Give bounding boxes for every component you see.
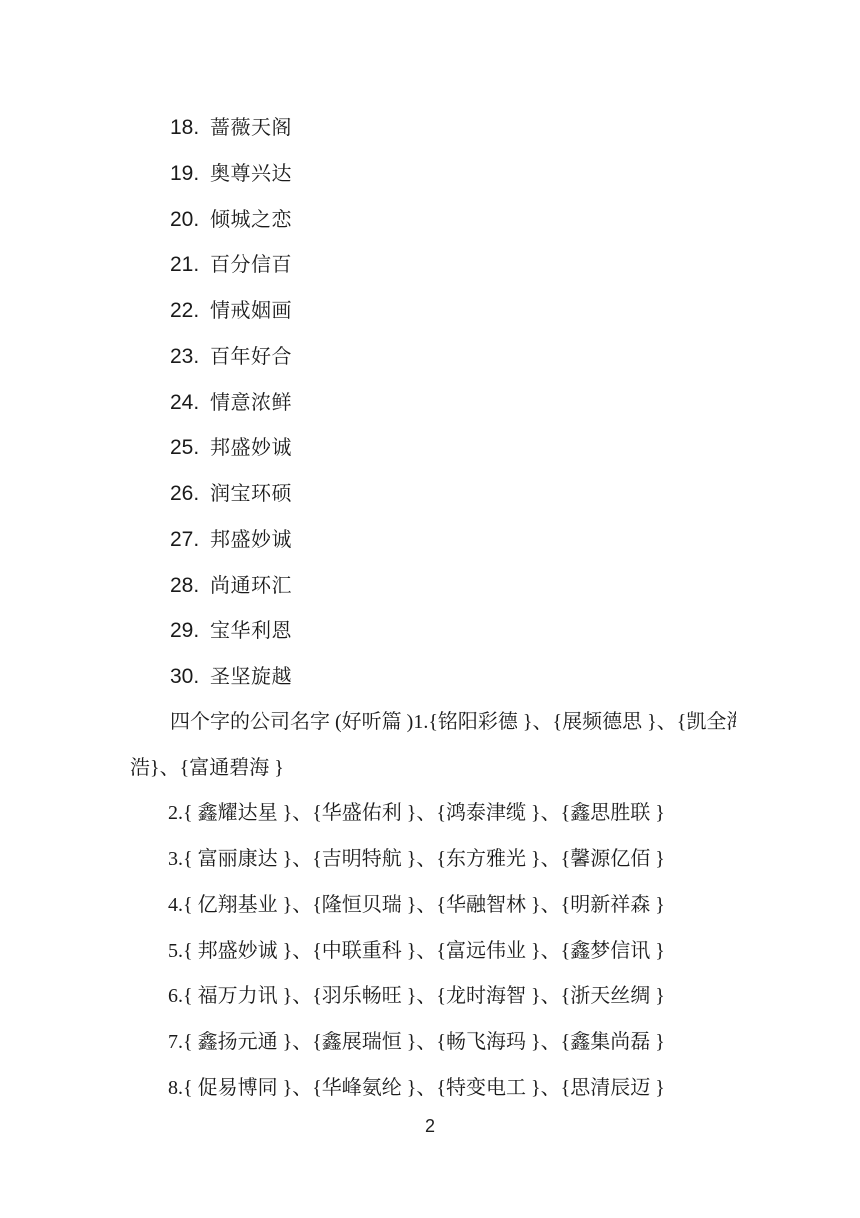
item-name: 情戒姻画 — [210, 300, 292, 322]
document-page: 18.蔷薇天阁 19.奥尊兴达 20.倾城之恋 21.百分信百 22.情戒姻画 … — [0, 0, 860, 1218]
item-name: 圣坚旋越 — [210, 666, 292, 688]
item-name: 邦盛妙诚 — [210, 529, 292, 551]
item-number: 25. — [170, 425, 210, 471]
page-number: 2 — [0, 1110, 860, 1142]
item-number: 18. — [170, 105, 210, 151]
list-item: 29.宝华利恩 — [130, 608, 736, 654]
item-name: 百年好合 — [210, 346, 292, 368]
item-number: 20. — [170, 197, 210, 243]
item-name: 尚通环汇 — [210, 575, 292, 597]
list-item: 27.邦盛妙诚 — [130, 517, 736, 563]
list-item: 19.奥尊兴达 — [130, 151, 736, 197]
item-name: 蔷薇天阁 — [210, 117, 292, 139]
item-number: 28. — [170, 563, 210, 609]
grouped-list-item: 6.{ 福万力讯 }、{羽乐畅旺 }、{龙时海智 }、{浙天丝绸 } — [130, 974, 736, 1020]
list-item: 21.百分信百 — [130, 242, 736, 288]
item-name: 奥尊兴达 — [210, 163, 292, 185]
item-number: 21. — [170, 242, 210, 288]
item-name: 情意浓鲜 — [210, 392, 292, 414]
item-name: 倾城之恋 — [210, 209, 292, 231]
item-number: 29. — [170, 608, 210, 654]
list-item: 22.情戒姻画 — [130, 288, 736, 334]
grouped-list-item: 2.{ 鑫耀达星 }、{华盛佑利 }、{鸿泰津缆 }、{鑫思胜联 } — [130, 791, 736, 837]
list-item: 28.尚通环汇 — [130, 563, 736, 609]
list-item: 30.圣坚旋越 — [130, 654, 736, 700]
item-number: 26. — [170, 471, 210, 517]
list-item: 20.倾城之恋 — [130, 197, 736, 243]
item-name: 百分信百 — [210, 254, 292, 276]
grouped-list-item: 3.{ 富丽康达 }、{吉明特航 }、{东方雅光 }、{馨源亿佰 } — [130, 837, 736, 883]
item-name: 邦盛妙诚 — [210, 437, 292, 459]
item-number: 23. — [170, 334, 210, 380]
list-item: 23.百年好合 — [130, 334, 736, 380]
grouped-list-item: 8.{ 促易博同 }、{华峰氨纶 }、{特变电工 }、{思清辰迈 } — [130, 1066, 736, 1112]
grouped-list-item: 5.{ 邦盛妙诚 }、{中联重科 }、{富远伟业 }、{鑫梦信讯 } — [130, 929, 736, 975]
item-number: 24. — [170, 380, 210, 426]
item-number: 27. — [170, 517, 210, 563]
list-item: 18.蔷薇天阁 — [130, 105, 736, 151]
item-number: 30. — [170, 654, 210, 700]
item-number: 19. — [170, 151, 210, 197]
list-item: 25.邦盛妙诚 — [130, 425, 736, 471]
document-body: 18.蔷薇天阁 19.奥尊兴达 20.倾城之恋 21.百分信百 22.情戒姻画 … — [130, 105, 736, 1112]
grouped-list-item: 7.{ 鑫扬元通 }、{鑫展瑞恒 }、{畅飞海玛 }、{鑫集尚磊 } — [130, 1020, 736, 1066]
item-name: 润宝环硕 — [210, 483, 292, 505]
paragraph-line: 四个字的公司名字 (好听篇 )1.{铭阳彩德 }、{展频德思 }、{凯全海 — [130, 700, 736, 746]
list-item: 24.情意浓鲜 — [130, 380, 736, 426]
grouped-list-item: 4.{ 亿翔基业 }、{隆恒贝瑞 }、{华融智林 }、{明新祥森 } — [130, 883, 736, 929]
item-number: 22. — [170, 288, 210, 334]
paragraph-line: 浩}、{富通碧海 } — [130, 746, 736, 792]
list-item: 26.润宝环硕 — [130, 471, 736, 517]
item-name: 宝华利恩 — [210, 620, 292, 642]
